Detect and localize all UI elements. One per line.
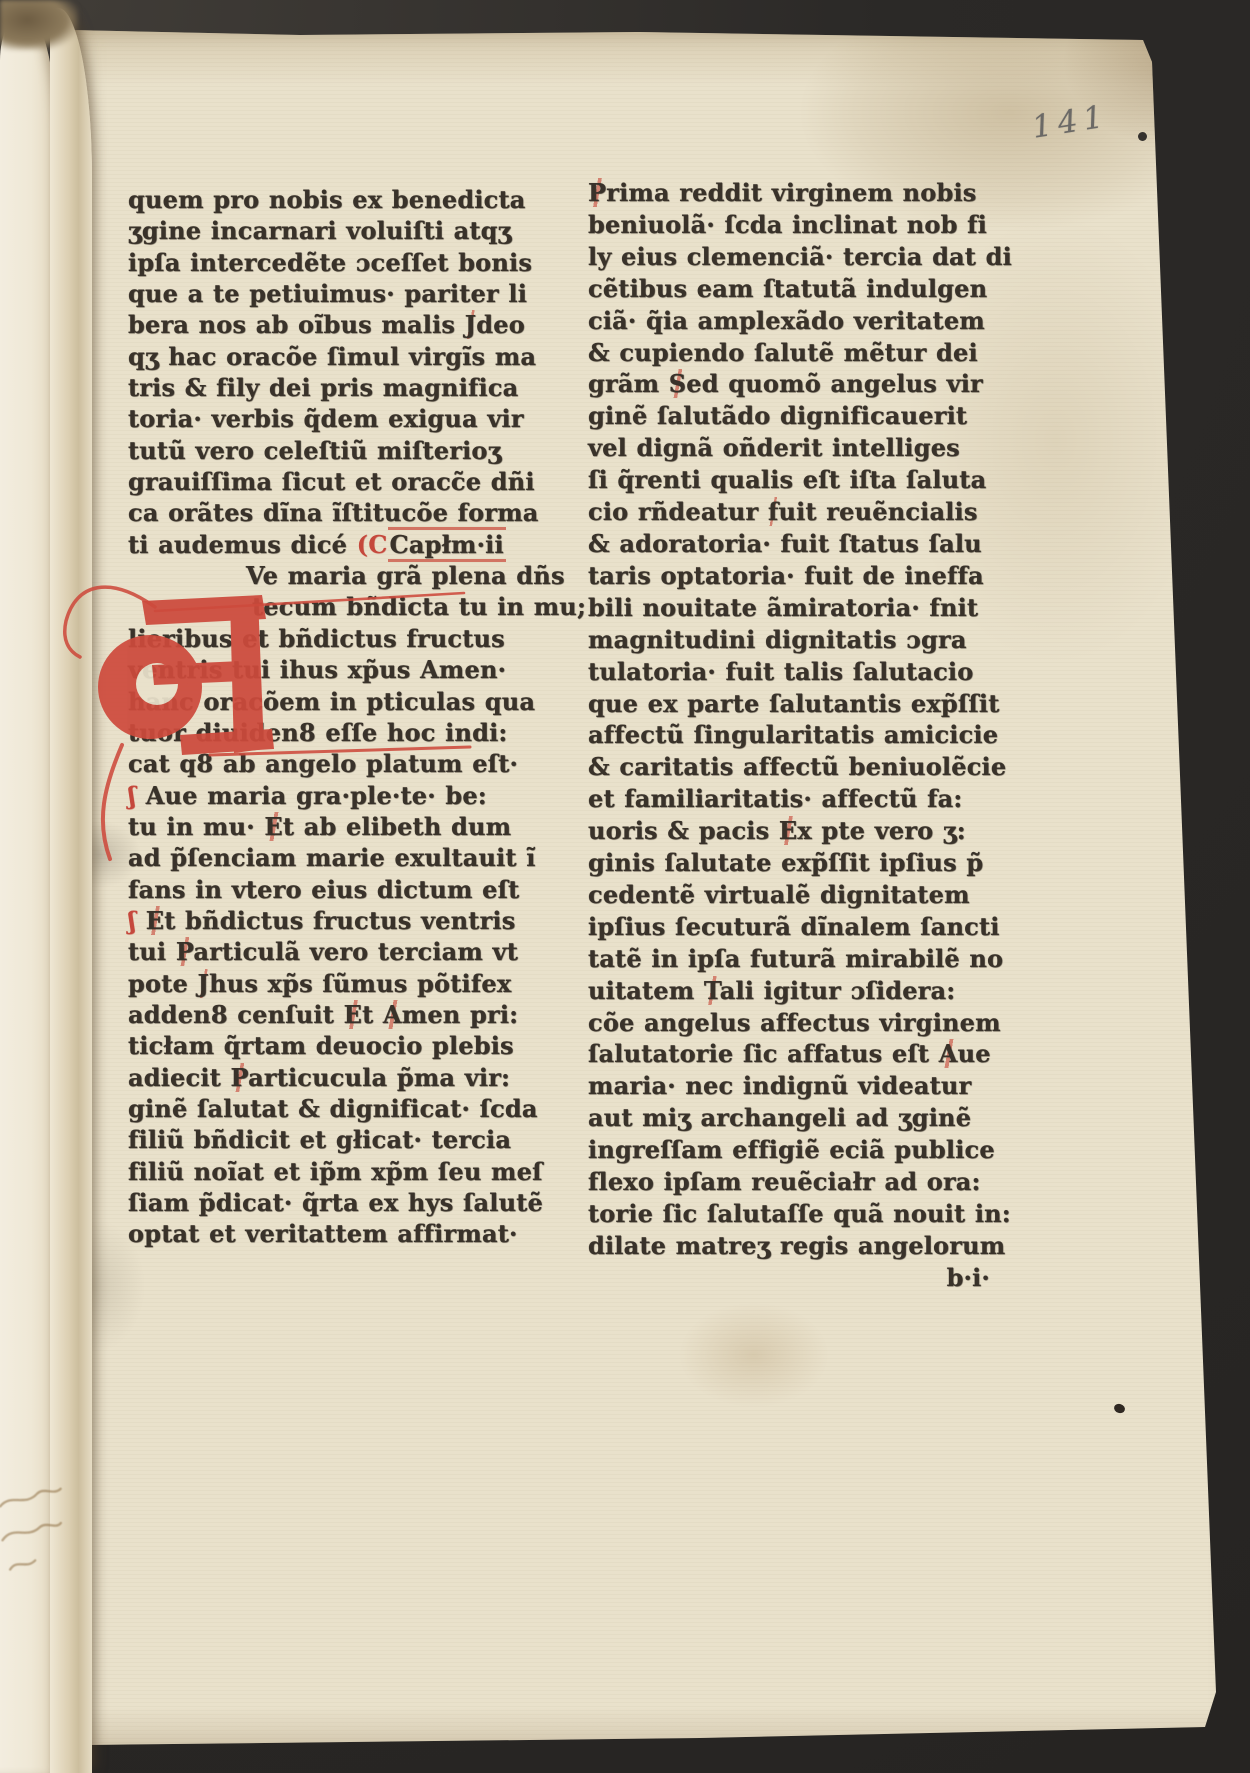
rubricated-capital: T [704,976,720,1005]
text-line: cio rñdeatur fuit reuẽncialis [588,496,990,528]
text-line: bera nos ab oĩbus malis Jdeo [128,309,528,340]
text-line: quem pro nobis ex benedicta [128,184,528,215]
rubricated-capital: A [383,1000,402,1029]
text-segment: ginis ſalutate exp̃ſſit ipſius p̃ [588,848,983,877]
text-segment: filiũ noĩat et ip̃m xp̃m ſeu meſ [128,1157,543,1186]
lombardic-initial-A [60,545,500,885]
text-segment: tulatoria· fuit talis ſalutacio [588,657,973,686]
text-line: pote Jhus xp̃s ſũmus põtifex [128,968,528,999]
text-line: qʒ hac oracõe ſimul virgĩs ma [128,341,528,372]
text-line: ʒgine incarnari voluiſti atqʒ [128,215,528,246]
text-line: ca orãtes dĩna ĩſtitucõe forma [128,497,528,528]
text-segment: ue [958,1039,991,1068]
text-segment: ſiam p̃dicat· q̃rta ex hys ſalutẽ [128,1188,543,1217]
text-line: et familiaritatis· affectũ fa: [588,783,990,815]
text-segment: magnitudini dignitatis ɔgra [588,625,967,654]
rubricated-capital: E [779,816,798,845]
text-line: beniuolã· ſcda inclinat nob fi [588,209,990,241]
text-segment: tui [128,937,176,966]
text-segment: toria· verbis q̃dem exigua vir [128,404,524,433]
text-segment: cedentẽ virtualẽ dignitatem [588,880,970,909]
scanned-book-photo: 141 quem pro nobis ex benedictaʒgine inc… [0,0,1250,1773]
text-segment: cio rñdeatur [588,497,768,526]
text-line: ginis ſalutate exp̃ſſit ipſius p̃ [588,847,990,879]
marginalia-handwriting [0,1482,80,1586]
text-segment: torie ſic ſalutaſſe quã nouit in: [588,1199,1011,1228]
text-segment: articulã vero terciam vt [193,937,518,966]
rubricated-capital: J [465,310,477,339]
text-line: cõe angelus affectus virginem [588,1007,990,1039]
text-line: que a te petiuimus· pariter li [128,278,528,309]
text-line: tui Particulã vero terciam vt [128,936,528,967]
rubricated-capital: P [231,1063,249,1092]
text-segment: ginẽ ſalutãdo dignificauerit [588,401,967,430]
text-line: & cupiendo ſalutẽ mẽtur dei [588,337,990,369]
text-line: tutũ vero celeſtiũ miſterioʒ [128,435,528,466]
text-segment: ʒgine incarnari voluiſti atqʒ [128,216,511,245]
text-line: torie ſic ſalutaſſe quã nouit in: [588,1198,990,1230]
rubricated-capital: P [588,178,606,207]
text-segment: bili nouitate ãmiratoria· fnit [588,593,978,622]
text-line: ly eius clemenciã· tercia dat di [588,241,990,273]
text-line: vel dignã oñderit intelliges [588,432,990,464]
text-segment: & cupiendo ſalutẽ mẽtur dei [588,338,978,367]
text-segment: maria· nec indignũ videatur [588,1071,971,1100]
text-line: adiecit Particucula p̃ma vir: [128,1062,528,1093]
text-line: flexo ipſam reuẽciałr ad ora: [588,1166,990,1198]
text-segment: hus xp̃s ſũmus põtifex [209,969,511,998]
corner-leaf-fragment [0,0,78,50]
text-line: grãm Sed quomõ angelus vir [588,368,990,400]
text-line: ipſius ſecuturã dĩnalem ſancti [588,911,990,943]
text-segment: ipſa intercedẽte ɔceſſet bonis [128,248,532,277]
text-line: ʃ Et bñdictus fructus ventris [128,905,528,936]
text-line: uitatem Tali igitur ɔſidera: [588,975,990,1007]
pencil-dot [1138,132,1147,141]
rubric-mark: ʃ [128,906,136,935]
rubricated-capital: P [176,937,194,966]
text-segment: tris & fily dei pris magnifica [128,373,518,402]
text-line: ginẽ ſalutat & dignificat· ſcda [128,1093,528,1124]
text-segment: quem pro nobis ex benedicta [128,185,526,214]
text-segment: t bñdictus fructus ventris [164,906,515,935]
rubricated-capital: E [344,1000,363,1029]
text-segment: filiũ bñdicit et głicat· tercia [128,1125,511,1154]
text-segment: ly eius clemenciã· tercia dat di [588,242,1012,271]
rubricated-capital: E [146,906,165,935]
text-segment: uit reuẽncialis [778,497,977,526]
text-column-right: Prima reddit virginem nobisbeniuolã· ſcd… [588,177,990,1294]
text-line: adden8 cenſuit Et Amen pri: [128,999,528,1030]
text-segment: taris optatoria· fuit de ineffa [588,561,984,590]
text-segment: ed quomõ angelus vir [686,369,983,398]
text-line: & adoratoria· fuit ſtatus ſalu [588,528,990,560]
text-segment: ca orãtes dĩna ĩſtitucõe forma [128,498,539,527]
text-segment: & caritatis affectũ beniuolẽcie [588,752,1006,781]
rubricated-capital: A [939,1039,958,1068]
text-line: cedentẽ virtualẽ dignitatem [588,879,990,911]
text-segment: cẽtibus eam ſtatutã indulgen [588,274,987,303]
text-line: uoris & pacis Ex pte vero ʒ: [588,815,990,847]
text-segment: flexo ipſam reuẽciałr ad ora: [588,1167,981,1196]
text-line: bili nouitate ãmiratoria· fnit [588,592,990,624]
text-line: cẽtibus eam ſtatutã indulgen [588,273,990,305]
text-segment: ſalutatorie ſic affatus eſt [588,1039,939,1068]
text-line: tulatoria· fuit talis ſalutacio [588,656,990,688]
text-line: b·i· [588,1262,990,1294]
text-segment [136,906,146,935]
text-line: aut miʒ archangeli ad ʒginẽ [588,1102,990,1134]
text-segment: adiecit [128,1063,231,1092]
text-line: ſiam p̃dicat· q̃rta ex hys ſalutẽ [128,1187,528,1218]
text-line: ſalutatorie ſic affatus eſt Aue [588,1038,990,1070]
text-segment: ſi q̃renti qualis eſt iſta ſaluta [588,465,986,494]
text-segment: grauiſſima ſicut et oracc̃e dñi [128,467,535,496]
text-line: que ex parte ſalutantis exp̃ſſit [588,688,990,720]
rubricated-capital: f [768,497,779,526]
text-segment: adden8 cenſuit [128,1000,344,1029]
text-line: ginẽ ſalutãdo dignificauerit [588,400,990,432]
text-line: Prima reddit virginem nobis [588,177,990,209]
text-line: affectũ ſingularitatis amicicie [588,719,990,751]
text-segment: ticłam q̃rtam deuocio plebis [128,1031,514,1060]
text-segment: affectũ ſingularitatis amicicie [588,720,998,749]
text-line: ipſa intercedẽte ɔceſſet bonis [128,247,528,278]
text-segment: que a te petiuimus· pariter li [128,279,527,308]
text-segment: men pri: [402,1000,518,1029]
text-segment: uitatem [588,976,704,1005]
text-line: toria· verbis q̃dem exigua vir [128,403,528,434]
text-segment: x pte vero ʒ: [797,816,965,845]
text-segment: et familiaritatis· affectũ fa: [588,784,962,813]
text-segment: ciã· q̃ia amplexãdo veritatem [588,306,985,335]
text-line: ciã· q̃ia amplexãdo veritatem [588,305,990,337]
text-line: magnitudini dignitatis ɔgra [588,624,990,656]
text-segment: ginẽ ſalutat & dignificat· ſcda [128,1094,538,1123]
text-segment: & adoratoria· fuit ſtatus ſalu [588,529,982,558]
initial-body [98,595,274,755]
text-segment: vel dignã oñderit intelliges [588,433,960,462]
text-line: maria· nec indignũ videatur [588,1070,990,1102]
text-line: grauiſſima ſicut et oracc̃e dñi [128,466,528,497]
text-segment: pote [128,969,198,998]
text-line: ticłam q̃rtam deuocio plebis [128,1030,528,1061]
text-line: filiũ noĩat et ip̃m xp̃m ſeu meſ [128,1156,528,1187]
text-segment: que ex parte ſalutantis exp̃ſſit [588,689,1000,718]
text-segment: ali igitur ɔſidera: [720,976,956,1005]
text-segment: bera nos ab oĩbus malis [128,310,465,339]
rubricated-capital: S [669,369,687,398]
text-line: ingreſſam effigiẽ eciã publice [588,1134,990,1166]
text-segment: aut miʒ archangeli ad ʒginẽ [588,1103,971,1132]
text-segment: rima reddit virginem nobis [606,178,976,207]
text-segment: deo [476,310,525,339]
rubricated-capital: J [198,969,210,998]
text-line: optat et veritattem affirmat· [128,1218,528,1249]
text-segment: b·i· [947,1263,990,1292]
text-line: dilate matreʒ regis angelorum [588,1230,990,1262]
text-line: ſi q̃renti qualis eſt iſta ſaluta [588,464,990,496]
text-line: tris & fily dei pris magnifica [128,372,528,403]
text-segment: grãm [588,369,669,398]
text-segment: uoris & pacis [588,816,779,845]
text-line: filiũ bñdicit et głicat· tercia [128,1124,528,1155]
text-segment: t [362,1000,383,1029]
text-line: & caritatis affectũ beniuolẽcie [588,751,990,783]
text-line: tatẽ in ipſa futurã mirabilẽ no [588,943,990,975]
text-segment: dilate matreʒ regis angelorum [588,1231,1005,1260]
text-segment: articucula p̃ma vir: [248,1063,510,1092]
text-segment: tutũ vero celeſtiũ miſterioʒ [128,436,501,465]
text-segment: ingreſſam effigiẽ eciã publice [588,1135,995,1164]
text-segment: cõe angelus affectus virginem [588,1008,1001,1037]
text-segment: ipſius ſecuturã dĩnalem ſancti [588,912,1000,941]
text-segment: qʒ hac oracõe ſimul virgĩs ma [128,342,536,371]
text-segment: beniuolã· ſcda inclinat nob fi [588,210,987,239]
text-segment: tatẽ in ipſa futurã mirabilẽ no [588,944,1003,973]
text-line: taris optatoria· fuit de ineffa [588,560,990,592]
text-segment: optat et veritattem affirmat· [128,1219,518,1248]
